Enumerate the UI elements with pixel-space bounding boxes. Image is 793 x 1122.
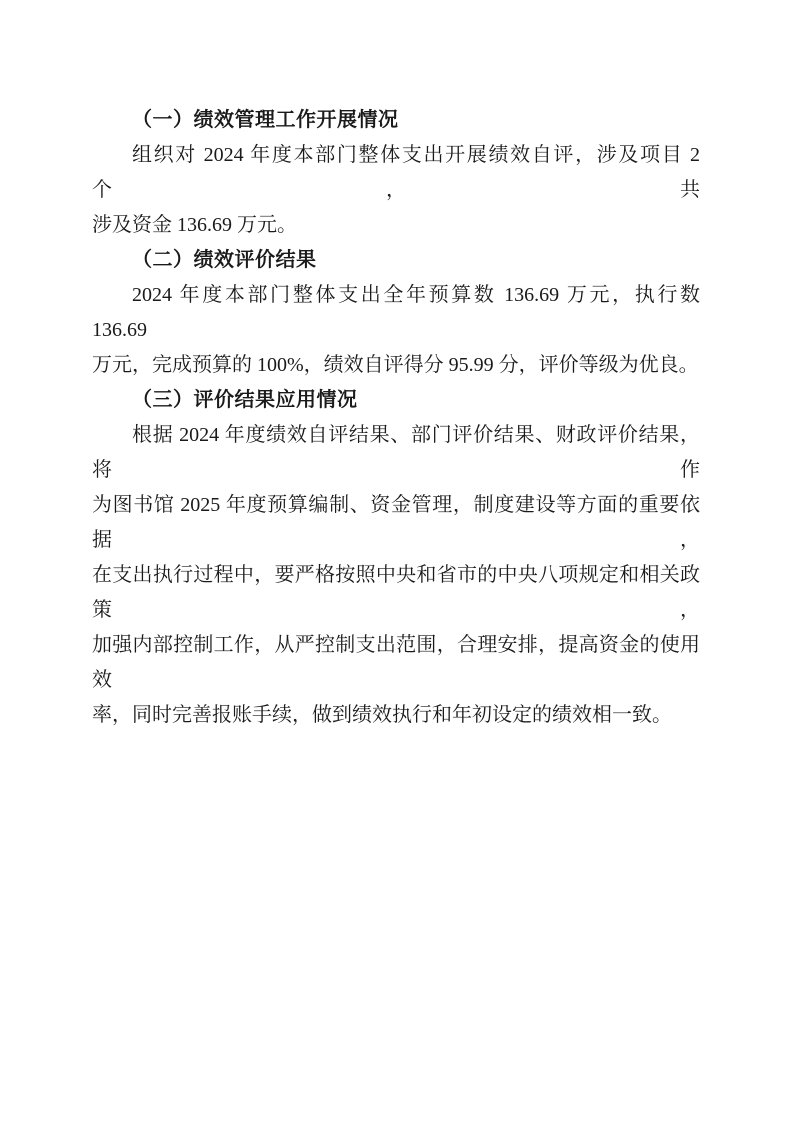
section-result-application: （三）评价结果应用情况 根据 2024 年度绩效自评结果、部门评价结果、财政评价… bbox=[92, 383, 700, 733]
document-content: （一）绩效管理工作开展情况 组织对 2024 年度本部门整体支出开展绩效自评，涉… bbox=[92, 103, 700, 733]
section-2-paragraph-line: 万元，完成预算的 100%，绩效自评得分 95.99 分，评价等级为优良。 bbox=[92, 348, 700, 383]
section-3-paragraph-line: 加强内部控制工作，从严控制支出范围，合理安排，提高资金的使用效 bbox=[92, 628, 700, 698]
section-2-paragraph-line: 2024 年度本部门整体支出全年预算数 136.69 万元，执行数 136.69 bbox=[92, 278, 700, 348]
section-3-paragraph-line: 在支出执行过程中，要严格按照中央和省市的中央八项规定和相关政策， bbox=[92, 558, 700, 628]
document-page: （一）绩效管理工作开展情况 组织对 2024 年度本部门整体支出开展绩效自评，涉… bbox=[0, 0, 793, 1122]
section-performance-management-work: （一）绩效管理工作开展情况 组织对 2024 年度本部门整体支出开展绩效自评，涉… bbox=[92, 103, 700, 243]
section-1-paragraph-line: 涉及资金 136.69 万元。 bbox=[92, 208, 700, 243]
section-3-paragraph-line: 根据 2024 年度绩效自评结果、部门评价结果、财政评价结果，将作 bbox=[92, 418, 700, 488]
section-2-heading: （二）绩效评价结果 bbox=[92, 243, 700, 278]
section-3-heading: （三）评价结果应用情况 bbox=[92, 383, 700, 418]
section-3-paragraph-line: 率，同时完善报账手续，做到绩效执行和年初设定的绩效相一致。 bbox=[92, 698, 700, 733]
section-evaluation-results: （二）绩效评价结果 2024 年度本部门整体支出全年预算数 136.69 万元，… bbox=[92, 243, 700, 383]
section-1-heading: （一）绩效管理工作开展情况 bbox=[92, 103, 700, 138]
section-3-paragraph-line: 为图书馆 2025 年度预算编制、资金管理，制度建设等方面的重要依据， bbox=[92, 488, 700, 558]
section-1-paragraph-line: 组织对 2024 年度本部门整体支出开展绩效自评，涉及项目 2 个，共 bbox=[92, 138, 700, 208]
